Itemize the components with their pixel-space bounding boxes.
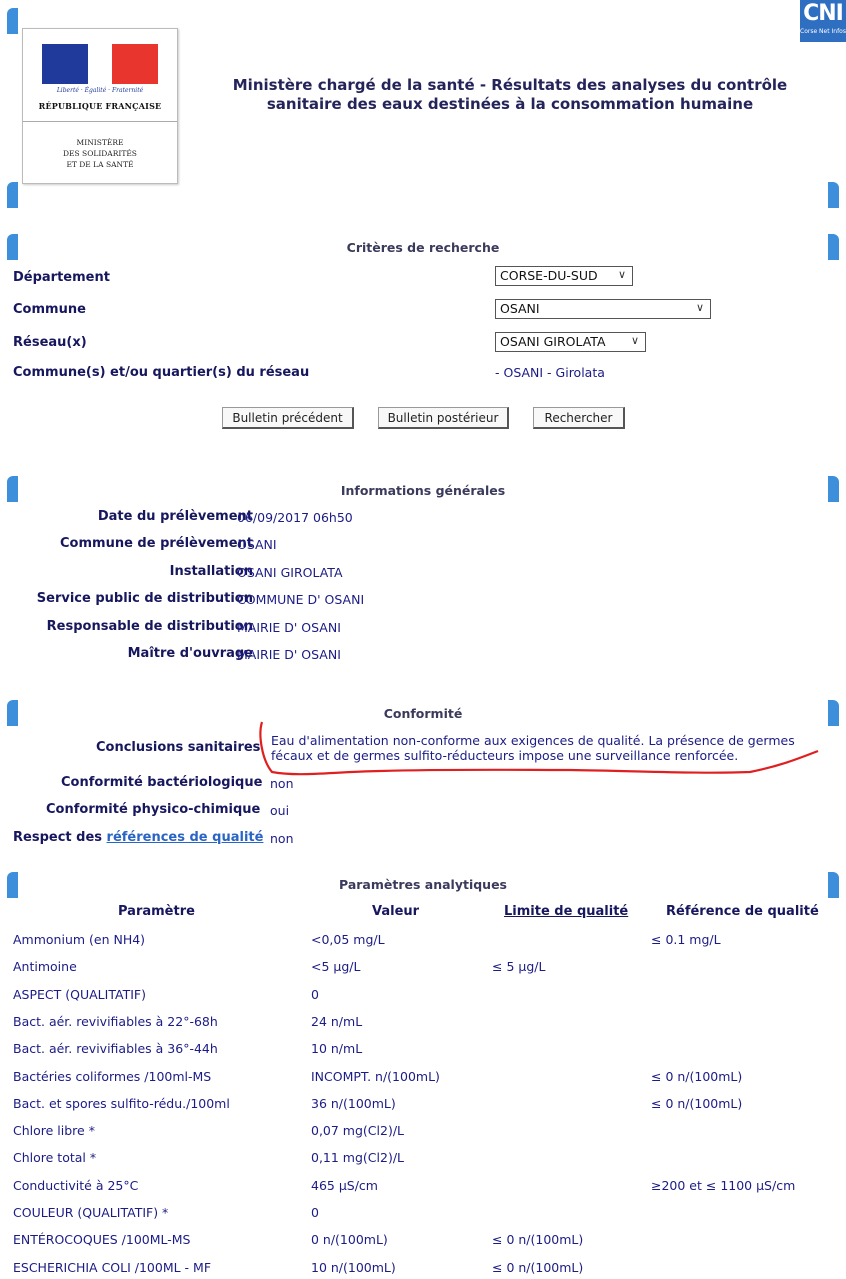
table-cell-valeur: <5 µg/L <box>311 959 360 974</box>
table-cell-param: ESCHERICHIA COLI /100ML - MF <box>13 1260 211 1275</box>
header-reference: Référence de qualité <box>666 904 819 919</box>
table-cell-limite: ≤ 0 n/(100mL) <box>492 1232 583 1247</box>
table-cell-limite: ≤ 5 µg/L <box>492 959 545 974</box>
table-cell-valeur: 0 <box>311 987 319 1002</box>
table-cell-valeur: <0,05 mg/L <box>311 932 385 947</box>
bact-value: non <box>270 776 294 791</box>
table-cell-valeur: 10 n/(100mL) <box>311 1260 396 1275</box>
table-cell-valeur: INCOMPT. n/(100mL) <box>311 1069 440 1084</box>
table-cell-valeur: 0,07 mg(Cl2)/L <box>311 1123 404 1138</box>
table-cell-param: Ammonium (en NH4) <box>13 932 145 947</box>
table-cell-param: Bactéries coliformes /100ml-MS <box>13 1069 211 1084</box>
header-parametre: Paramètre <box>118 904 195 919</box>
table-cell-reference: ≤ 0 n/(100mL) <box>651 1096 742 1111</box>
table-cell-param: Bact. aér. revivifiables à 22°-68h <box>13 1014 218 1029</box>
table-cell-valeur: 10 n/mL <box>311 1041 362 1056</box>
table-cell-valeur: 24 n/mL <box>311 1014 362 1029</box>
table-cell-param: Conductivité à 25°C <box>13 1178 138 1193</box>
parametres-title: Paramètres analytiques <box>0 877 846 892</box>
table-cell-reference: ≤ 0.1 mg/L <box>651 932 721 947</box>
header-limite-link[interactable]: Limite de qualité <box>504 904 628 919</box>
respect-label: Respect des références de qualité <box>13 830 263 845</box>
bact-label: Conformité bactériologique <box>61 775 262 790</box>
physchim-label: Conformité physico-chimique <box>46 802 260 817</box>
table-cell-reference: ≥200 et ≤ 1100 µS/cm <box>651 1178 795 1193</box>
table-cell-valeur: 0,11 mg(Cl2)/L <box>311 1150 404 1165</box>
respect-value: non <box>270 831 294 846</box>
table-cell-valeur: 465 µS/cm <box>311 1178 378 1193</box>
table-cell-param: ASPECT (QUALITATIF) <box>13 987 146 1002</box>
table-cell-param: Chlore libre * <box>13 1123 95 1138</box>
table-cell-valeur: 0 n/(100mL) <box>311 1232 388 1247</box>
quality-references-link[interactable]: références de qualité <box>107 830 264 845</box>
table-cell-param: ENTÉROCOQUES /100ML-MS <box>13 1232 191 1247</box>
table-cell-param: Antimoine <box>13 959 77 974</box>
table-cell-valeur: 0 <box>311 1205 319 1220</box>
table-cell-param: COULEUR (QUALITATIF) * <box>13 1205 168 1220</box>
header-valeur: Valeur <box>372 904 419 919</box>
table-cell-param: Chlore total * <box>13 1150 96 1165</box>
table-cell-param: Bact. et spores sulfito-rédu./100ml <box>13 1096 230 1111</box>
table-cell-param: Bact. aér. revivifiables à 36°-44h <box>13 1041 218 1056</box>
table-cell-valeur: 36 n/(100mL) <box>311 1096 396 1111</box>
red-annotation-mark <box>0 0 846 800</box>
physchim-value: oui <box>270 803 289 818</box>
table-cell-limite: ≤ 0 n/(100mL) <box>492 1260 583 1275</box>
table-cell-reference: ≤ 0 n/(100mL) <box>651 1069 742 1084</box>
